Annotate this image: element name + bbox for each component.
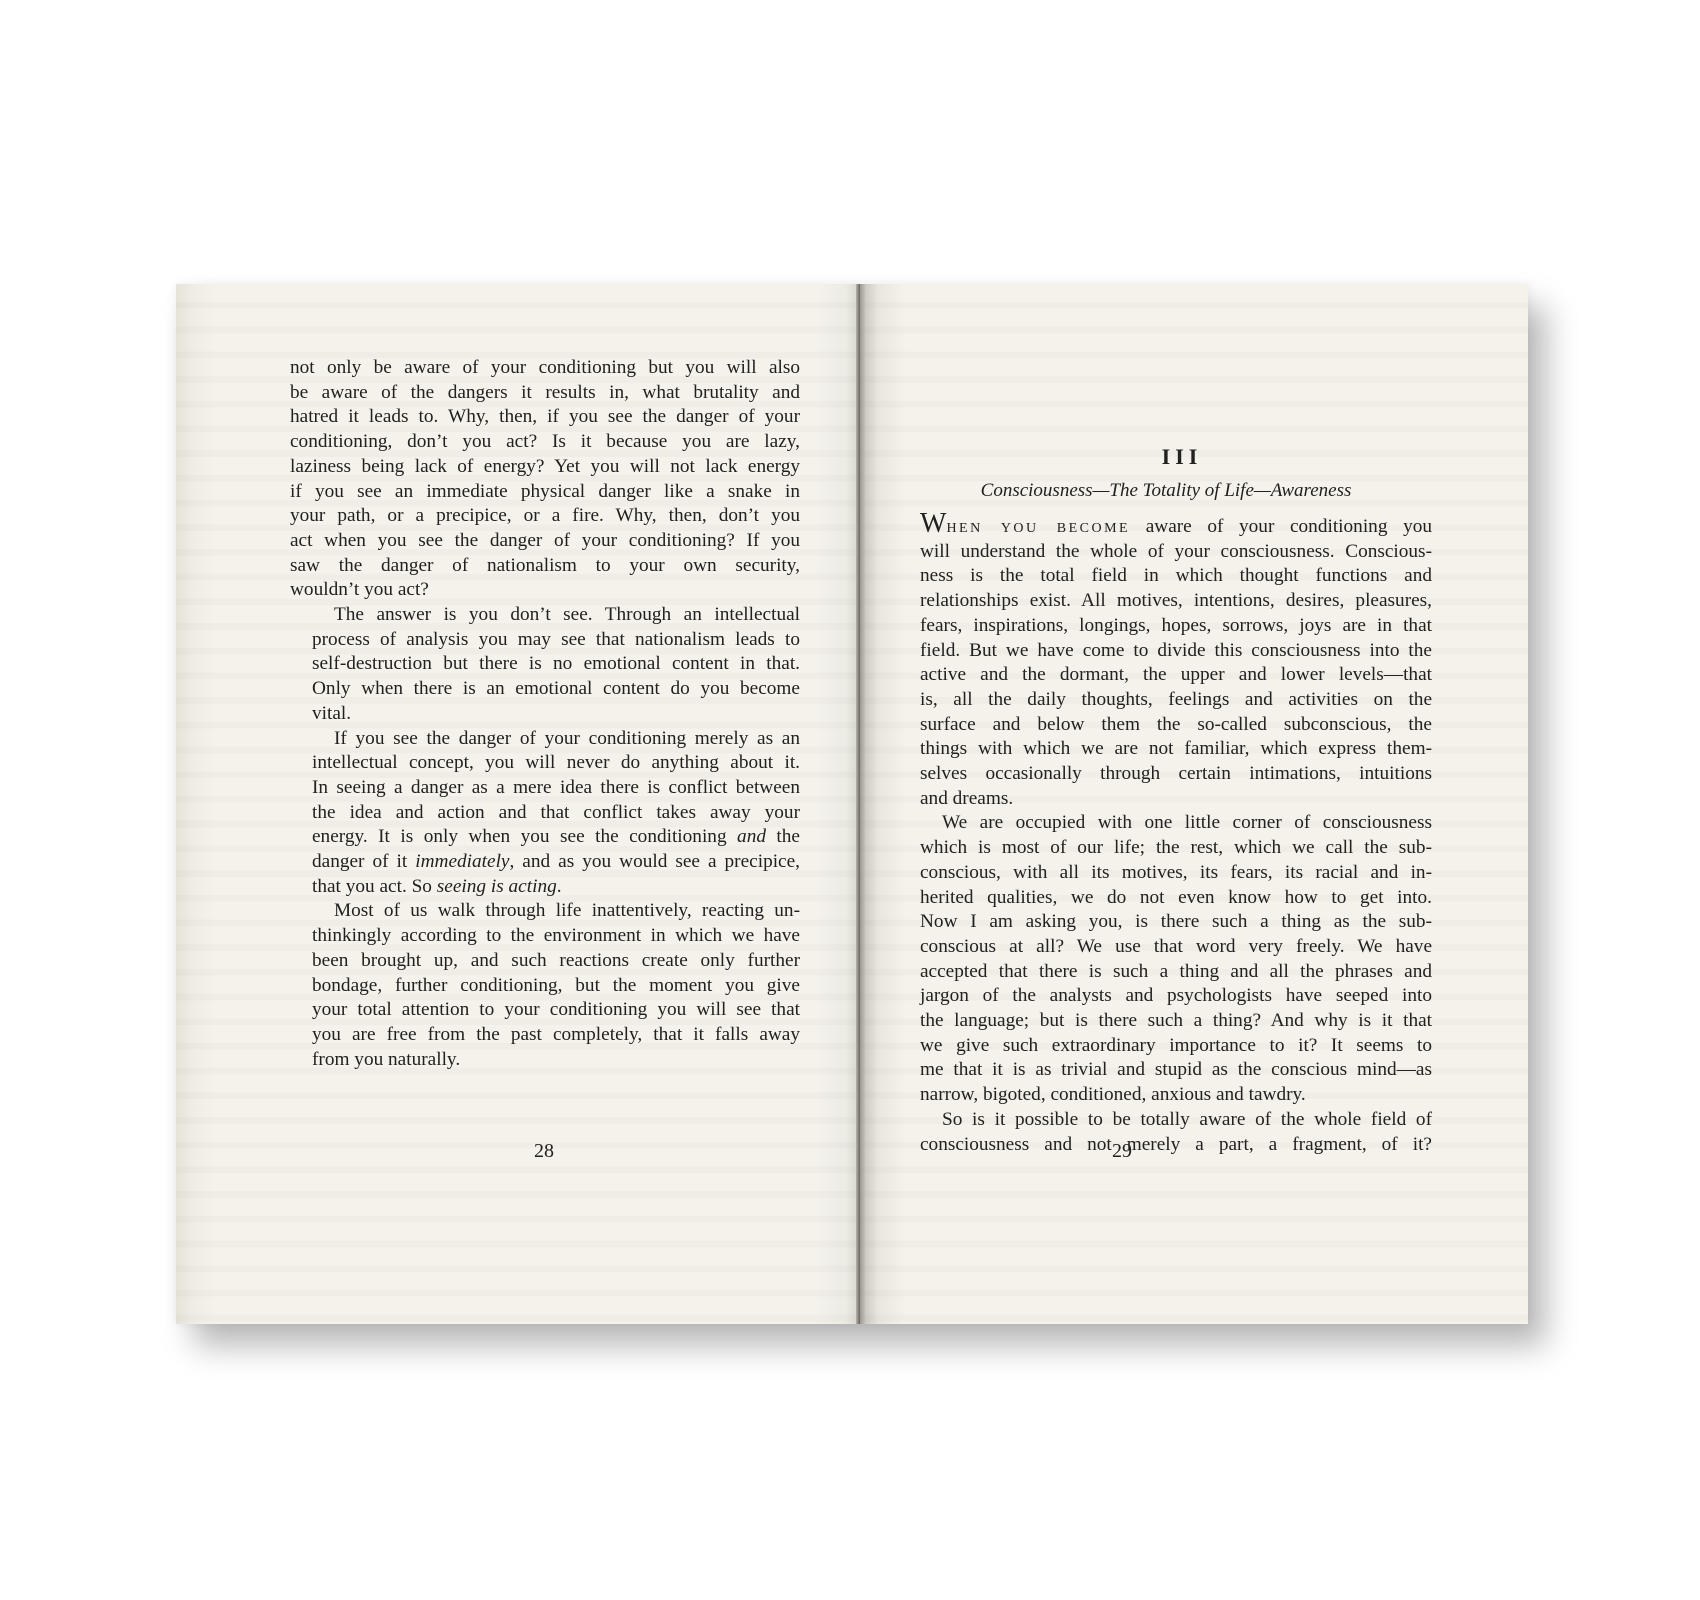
text-line: conscious, with all its motives, its fea… — [920, 861, 1432, 886]
text-line: ness is the total field in which thought… — [920, 564, 1432, 589]
text-line: will understand the whole of your consci… — [920, 540, 1432, 565]
text-line: fears, inspirations, longings, hopes, so… — [920, 614, 1432, 639]
text-line: which is most of our life; the rest, whi… — [920, 836, 1432, 861]
left-page-text: not only be aware of your conditioning b… — [290, 356, 800, 1072]
italic-emphasis: seeing is acting — [437, 876, 557, 897]
text-line: If you see the danger of your conditioni… — [290, 727, 800, 752]
text-line: me that it is as trivial and stupid as t… — [920, 1058, 1432, 1083]
left-page: not only be aware of your conditioning b… — [176, 284, 860, 1324]
text-line: surface and below them the so-called sub… — [920, 713, 1432, 738]
right-page-text: When you become aware of your conditioni… — [920, 512, 1432, 1157]
text-line: intellectual concept, you will never do … — [290, 751, 800, 776]
text-line: be aware of the dangers it results in, w… — [290, 381, 800, 406]
text-line: selves occasionally through certain inti… — [920, 762, 1432, 787]
text-line: narrow, bigoted, conditioned, anxious an… — [920, 1083, 1432, 1108]
text-line: your total attention to your conditionin… — [290, 998, 800, 1023]
small-caps-lead: hen you become — [946, 516, 1130, 537]
text-line: Most of us walk through life inattentive… — [290, 899, 800, 924]
italic-emphasis: and — [737, 826, 766, 847]
chapter-number: III — [860, 444, 1516, 470]
text-line-with-italic: danger of it immediately, and as you wou… — [290, 850, 800, 875]
text-line: active and the dormant, the upper and lo… — [920, 663, 1432, 688]
text-line: if you see an immediate physical danger … — [290, 480, 800, 505]
text-line: So is it possible to be totally aware of… — [920, 1108, 1432, 1133]
italic-emphasis: immediately — [415, 851, 509, 872]
text-line: In seeing a danger as a mere idea there … — [290, 776, 800, 801]
text-line: accepted that there is such a thing and … — [920, 960, 1432, 985]
text-line: consciousness and not merely a part, a f… — [920, 1133, 1432, 1158]
text-fragment: aware of your conditioning you — [1130, 516, 1432, 537]
text-line: laziness being lack of energy? Yet you w… — [290, 455, 800, 480]
text-line: hatred it leads to. Why, then, if you se… — [290, 405, 800, 430]
text-line: you are free from the past completely, t… — [290, 1023, 800, 1048]
paragraph: So is it possible to be totally aware of… — [920, 1108, 1432, 1157]
text-line: thinkingly according to the environment … — [290, 924, 800, 949]
chapter-title: Consciousness—The Totality of Life—Aware… — [860, 480, 1500, 502]
opening-line: When you become aware of your conditioni… — [920, 512, 1432, 540]
text-line: saw the danger of nationalism to your ow… — [290, 554, 800, 579]
text-line: vital. — [290, 702, 800, 727]
text-line: conditioning, don’t you act? Is it becau… — [290, 430, 800, 455]
drop-cap: W — [920, 508, 946, 539]
open-book: not only be aware of your conditioning b… — [176, 284, 1528, 1324]
page-number: 29 — [1112, 1140, 1132, 1163]
text-line-with-italic: energy. It is only when you see the cond… — [290, 825, 800, 850]
text-line: things with which we are not familiar, w… — [920, 737, 1432, 762]
paragraph: We are occupied with one little corner o… — [920, 811, 1432, 1107]
text-line: jargon of the analysts and psychologists… — [920, 984, 1432, 1009]
text-line: self-destruction but there is no emotion… — [290, 652, 800, 677]
text-line: not only be aware of your conditioning b… — [290, 356, 800, 381]
text-line: from you naturally. — [290, 1048, 800, 1073]
paragraph: not only be aware of your conditioning b… — [290, 356, 800, 603]
paragraph: Most of us walk through life inattentive… — [290, 899, 800, 1072]
text-line: the idea and action and that conflict ta… — [290, 801, 800, 826]
text-line: The answer is you don’t see. Through an … — [290, 603, 800, 628]
text-line: Only when there is an emotional content … — [290, 677, 800, 702]
page-number: 28 — [534, 1140, 554, 1163]
text-line: conscious at all? We use that word very … — [920, 935, 1432, 960]
text-line: the language; but is there such a thing?… — [920, 1009, 1432, 1034]
text-line: herited qualities, we do not even know h… — [920, 886, 1432, 911]
right-page: III Consciousness—The Totality of Life—A… — [860, 284, 1528, 1324]
text-line: Now I am asking you, is there such a thi… — [920, 910, 1432, 935]
text-line: We are occupied with one little corner o… — [920, 811, 1432, 836]
text-line: been brought up, and such reactions crea… — [290, 949, 800, 974]
text-line: is, all the daily thoughts, feelings and… — [920, 688, 1432, 713]
text-line: bondage, further conditioning, but the m… — [290, 974, 800, 999]
text-line: we give such extraordinary importance to… — [920, 1034, 1432, 1059]
text-line-with-italic: that you act. So seeing is acting. — [290, 875, 800, 900]
text-line: relationships exist. All motives, intent… — [920, 589, 1432, 614]
paragraph: The answer is you don’t see. Through an … — [290, 603, 800, 727]
text-line: wouldn’t you act? — [290, 578, 800, 603]
text-line: your path, or a precipice, or a fire. Wh… — [290, 504, 800, 529]
text-line: field. But we have come to divide this c… — [920, 639, 1432, 664]
paragraph: When you become aware of your conditioni… — [920, 512, 1432, 811]
text-line: and dreams. — [920, 787, 1432, 812]
paragraph: If you see the danger of your conditioni… — [290, 727, 800, 900]
text-line: act when you see the danger of your cond… — [290, 529, 800, 554]
text-line: process of analysis you may see that nat… — [290, 628, 800, 653]
